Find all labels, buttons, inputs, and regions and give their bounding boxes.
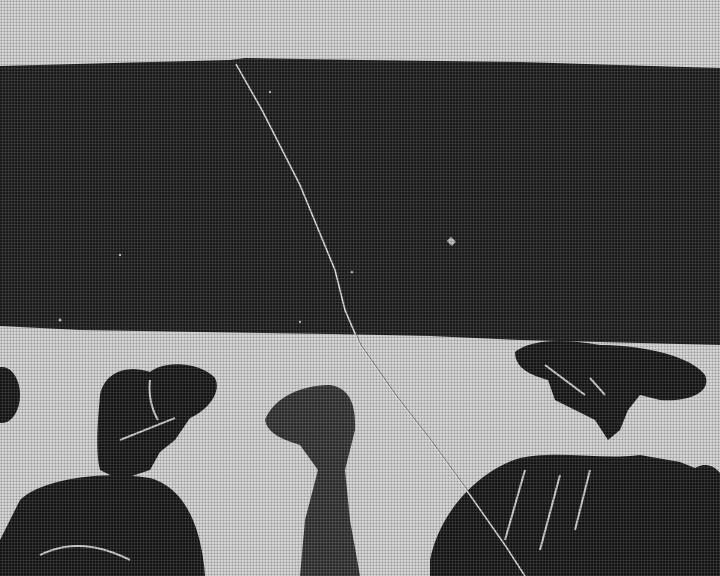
halftone-photograph (0, 0, 720, 576)
dark-band (0, 58, 720, 345)
photo-scene (0, 0, 720, 576)
